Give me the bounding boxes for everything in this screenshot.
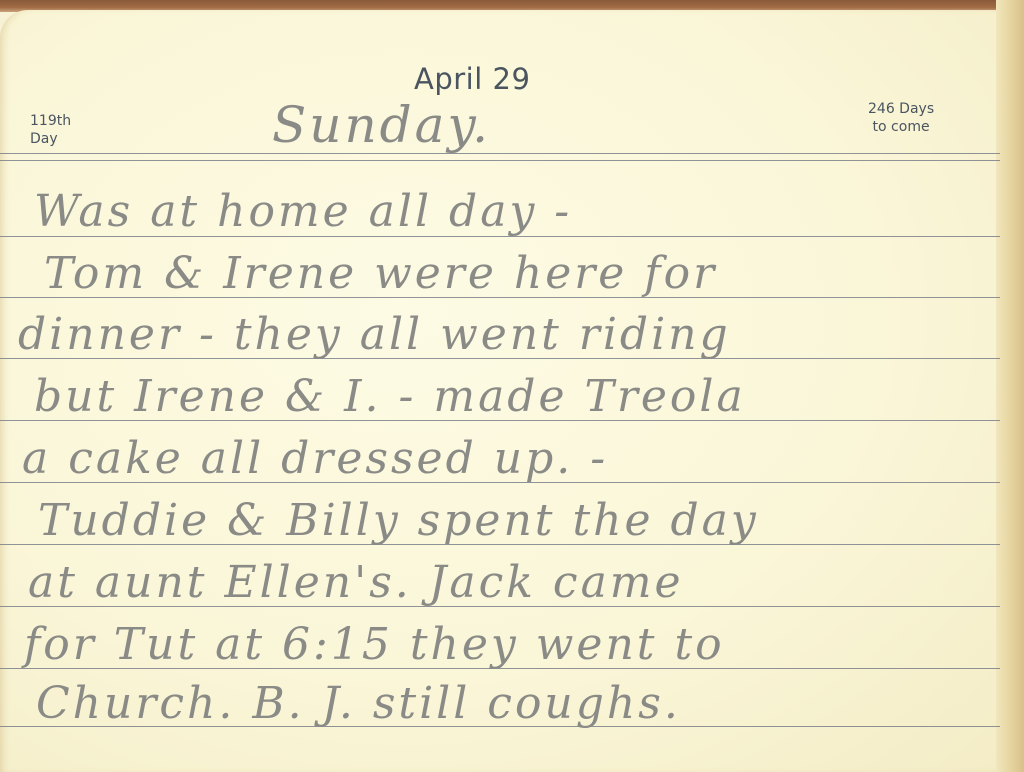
- days-remaining: 246 Days to come: [868, 100, 934, 136]
- page-date: April 29: [414, 62, 530, 96]
- day-of-year-number: 119th: [30, 112, 71, 130]
- entry-heading: Sunday.: [272, 100, 491, 150]
- entry-line-5: a cake all dressed up. -: [22, 437, 608, 481]
- entry-line-4: but Irene & I. - made Treola: [34, 375, 746, 419]
- header-rule-bottom: [0, 160, 1000, 161]
- entry-line-9: Church. B. J. still coughs.: [36, 682, 681, 726]
- entry-line-8: for Tut at 6:15 they went to: [24, 623, 725, 667]
- entry-line-2: Tom & Irene were here for: [44, 252, 717, 296]
- day-of-year: 119th Day: [30, 112, 71, 148]
- entry-line-1: Was at home all day -: [34, 190, 572, 234]
- day-of-year-label: Day: [30, 130, 71, 148]
- header-rule-top: [0, 153, 1000, 154]
- entry-line-6: Tuddie & Billy spent the day: [38, 499, 759, 543]
- book-spine: [996, 0, 1024, 772]
- entry-line-7: at aunt Ellen's. Jack came: [28, 561, 684, 605]
- days-remaining-label: to come: [868, 118, 934, 136]
- entry-line-3: dinner - they all went riding: [18, 313, 731, 357]
- days-remaining-count: 246 Days: [868, 100, 934, 118]
